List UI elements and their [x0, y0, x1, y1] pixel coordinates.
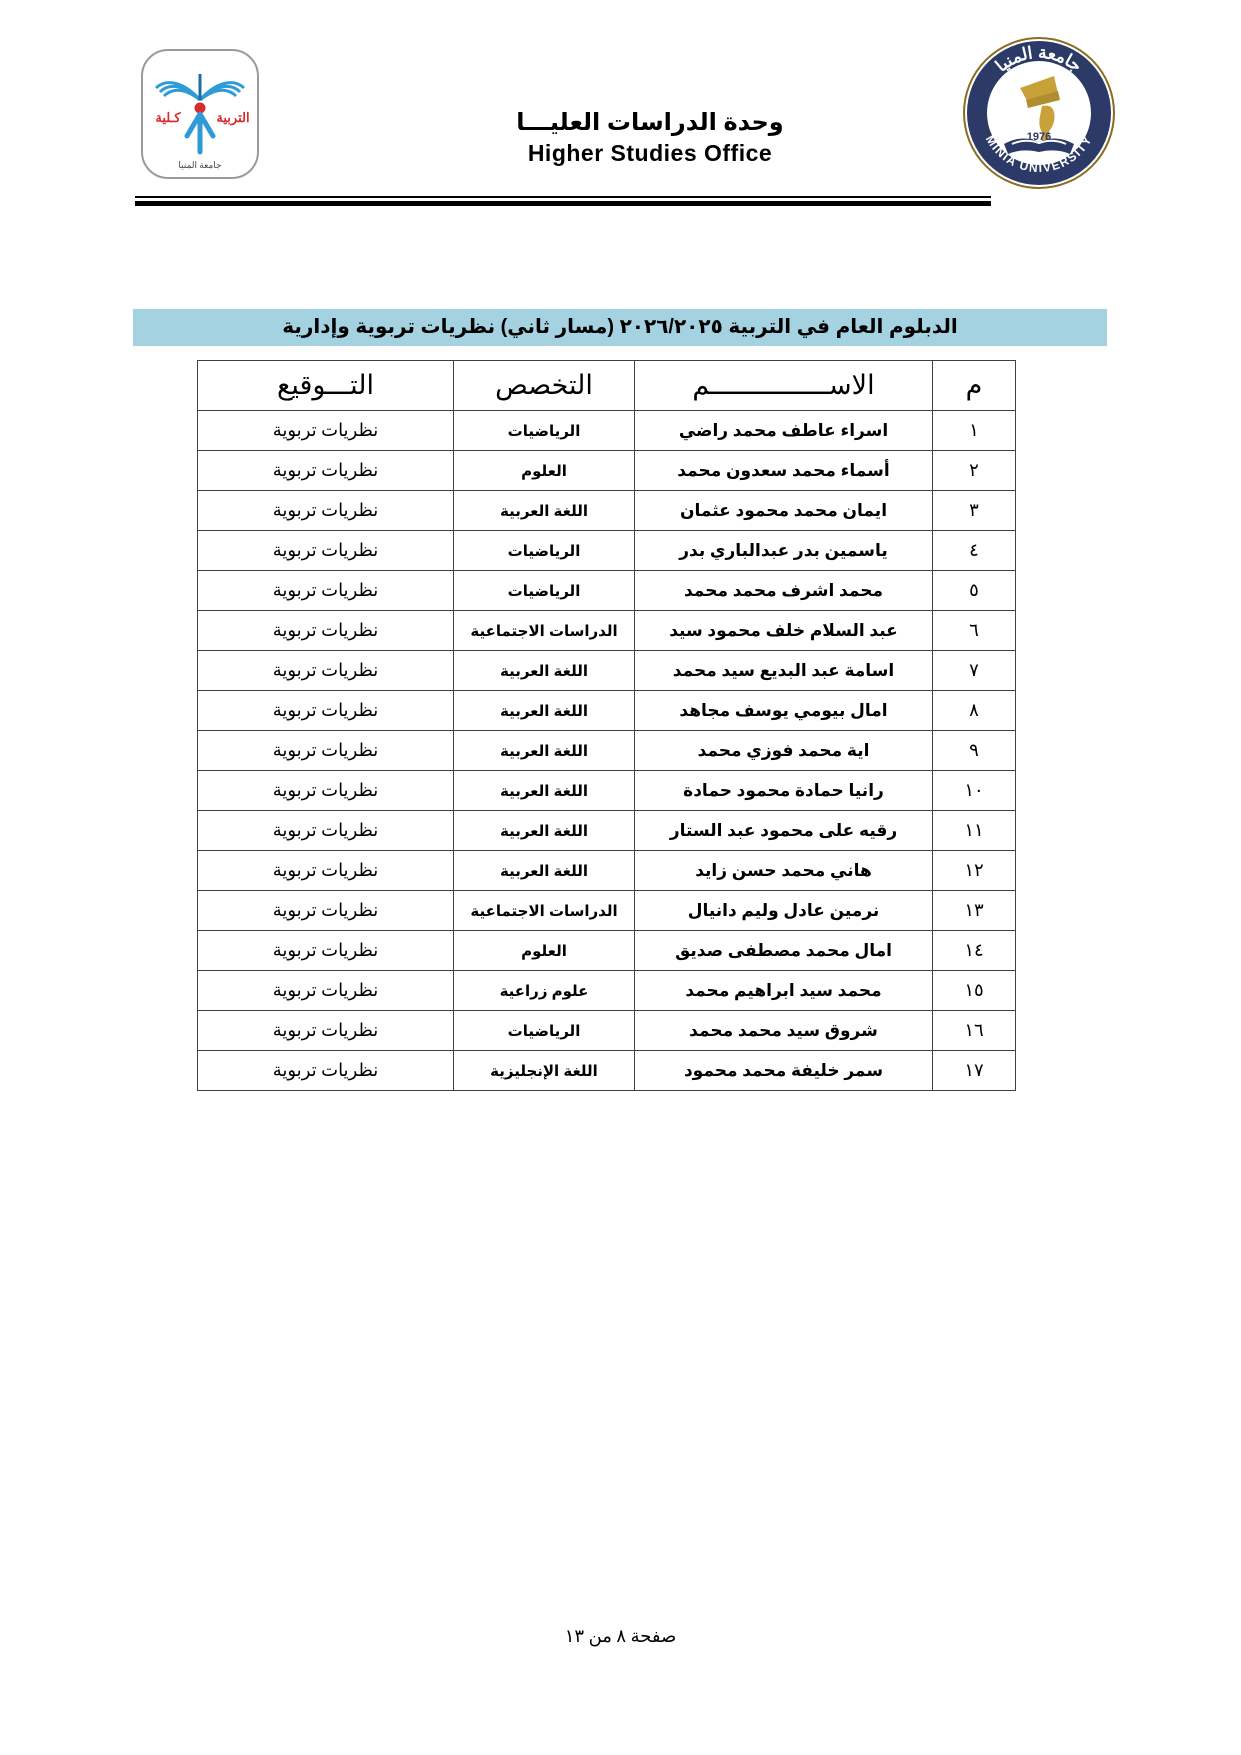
student-name-cell: محمد اشرف محمد محمد — [635, 571, 933, 611]
student-name-cell: محمد سيد ابراهيم محمد — [635, 971, 933, 1011]
row-number-cell: ٥ — [933, 571, 1016, 611]
specialization-cell: اللغة العربية — [454, 491, 635, 531]
table-row: ٨امال بيومي يوسف مجاهداللغة العربيةنظريا… — [198, 691, 1016, 731]
table-row: ١٧سمر خليفة محمد محموداللغة الإنجليزيةنظ… — [198, 1051, 1016, 1091]
row-number-cell: ٤ — [933, 531, 1016, 571]
table-row: ٩اية محمد فوزي محمداللغة العربيةنظريات ت… — [198, 731, 1016, 771]
student-name-cell: ياسمين بدر عبدالباري بدر — [635, 531, 933, 571]
faculty-word-right: التربية — [216, 110, 249, 126]
student-name-cell: أسماء محمد سعدون محمد — [635, 451, 933, 491]
student-name-cell: امال بيومي يوسف مجاهد — [635, 691, 933, 731]
faculty-logo-subtext: جامعة المنيا — [178, 160, 221, 170]
signature-cell: نظريات تربوية — [198, 411, 454, 451]
row-number-cell: ١٢ — [933, 851, 1016, 891]
table-row: ٤ياسمين بدر عبدالباري بدرالرياضياتنظريات… — [198, 531, 1016, 571]
row-number-cell: ٨ — [933, 691, 1016, 731]
signature-cell: نظريات تربوية — [198, 651, 454, 691]
signature-cell: نظريات تربوية — [198, 851, 454, 891]
row-number-cell: ٢ — [933, 451, 1016, 491]
specialization-cell: الرياضيات — [454, 1011, 635, 1051]
header-number: م — [933, 361, 1016, 411]
specialization-cell: اللغة العربية — [454, 691, 635, 731]
header-center: وحدة الدراسات العليـــا Higher Studies O… — [350, 108, 950, 168]
table-header-row: م الاســـــــــــــــم التخصص التـــوقيع — [198, 361, 1016, 411]
row-number-cell: ٣ — [933, 491, 1016, 531]
specialization-cell: اللغة العربية — [454, 771, 635, 811]
specialization-cell: علوم زراعية — [454, 971, 635, 1011]
row-number-cell: ٧ — [933, 651, 1016, 691]
student-name-cell: امال محمد مصطفى صديق — [635, 931, 933, 971]
student-name-cell: عبد السلام خلف محمود سيد — [635, 611, 933, 651]
table-row: ١٠رانيا حمادة محمود حمادةاللغة العربيةنظ… — [198, 771, 1016, 811]
row-number-cell: ١٦ — [933, 1011, 1016, 1051]
signature-cell: نظريات تربوية — [198, 891, 454, 931]
specialization-cell: العلوم — [454, 451, 635, 491]
signature-cell: نظريات تربوية — [198, 731, 454, 771]
student-name-cell: نرمين عادل وليم دانيال — [635, 891, 933, 931]
specialization-cell: اللغة العربية — [454, 811, 635, 851]
page-number-footer: صفحة ٨ من ١٣ — [0, 1626, 1241, 1647]
table-row: ١٤امال محمد مصطفى صديقالعلومنظريات تربوي… — [198, 931, 1016, 971]
specialization-cell: العلوم — [454, 931, 635, 971]
students-table-wrap: م الاســـــــــــــــم التخصص التـــوقيع… — [197, 360, 1003, 1091]
signature-cell: نظريات تربوية — [198, 1051, 454, 1091]
row-number-cell: ١٣ — [933, 891, 1016, 931]
row-number-cell: ١١ — [933, 811, 1016, 851]
header-signature: التـــوقيع — [198, 361, 454, 411]
specialization-cell: اللغة العربية — [454, 851, 635, 891]
signature-cell: نظريات تربوية — [198, 931, 454, 971]
table-row: ٢أسماء محمد سعدون محمدالعلومنظريات تربوي… — [198, 451, 1016, 491]
signature-cell: نظريات تربوية — [198, 531, 454, 571]
signature-cell: نظريات تربوية — [198, 571, 454, 611]
signature-cell: نظريات تربوية — [198, 451, 454, 491]
table-row: ٧اسامة عبد البديع سيد محمداللغة العربيةن… — [198, 651, 1016, 691]
student-name-cell: رقيه على محمود عبد الستار — [635, 811, 933, 851]
signature-cell: نظريات تربوية — [198, 491, 454, 531]
faculty-logo-icon: كـلية التربية جامعة المنيا — [140, 48, 260, 180]
row-number-cell: ١٠ — [933, 771, 1016, 811]
table-row: ١٢هاني محمد حسن زايداللغة العربيةنظريات … — [198, 851, 1016, 891]
specialization-cell: الرياضيات — [454, 531, 635, 571]
faculty-word-left: كـلية — [155, 110, 181, 125]
unit-title-english: Higher Studies Office — [350, 138, 950, 168]
table-row: ٦عبد السلام خلف محمود سيدالدراسات الاجتم… — [198, 611, 1016, 651]
signature-cell: نظريات تربوية — [198, 771, 454, 811]
header-specialization: التخصص — [454, 361, 635, 411]
specialization-cell: الدراسات الاجتماعية — [454, 611, 635, 651]
program-title-bar: الدبلوم العام في التربية ٢٠٢٦/٢٠٢٥ (مسار… — [133, 309, 1107, 346]
row-number-cell: ٩ — [933, 731, 1016, 771]
table-row: ٣ايمان محمد محمود عثماناللغة العربيةنظري… — [198, 491, 1016, 531]
specialization-cell: الرياضيات — [454, 571, 635, 611]
table-row: ٥محمد اشرف محمد محمدالرياضياتنظريات تربو… — [198, 571, 1016, 611]
row-number-cell: ١ — [933, 411, 1016, 451]
signature-cell: نظريات تربوية — [198, 611, 454, 651]
table-row: ١اسراء عاطف محمد راضيالرياضياتنظريات ترب… — [198, 411, 1016, 451]
row-number-cell: ٦ — [933, 611, 1016, 651]
minia-university-logo: جامعة المنيا MINIA UNIVERSITY 1976 — [962, 36, 1116, 190]
student-name-cell: هاني محمد حسن زايد — [635, 851, 933, 891]
student-table-body: ١اسراء عاطف محمد راضيالرياضياتنظريات ترب… — [198, 411, 1016, 1091]
specialization-cell: الدراسات الاجتماعية — [454, 891, 635, 931]
students-table: م الاســـــــــــــــم التخصص التـــوقيع… — [197, 360, 1016, 1091]
student-name-cell: شروق سيد محمد محمد — [635, 1011, 933, 1051]
signature-cell: نظريات تربوية — [198, 811, 454, 851]
row-number-cell: ١٧ — [933, 1051, 1016, 1091]
table-row: ١٦شروق سيد محمد محمدالرياضياتنظريات تربو… — [198, 1011, 1016, 1051]
student-name-cell: اية محمد فوزي محمد — [635, 731, 933, 771]
student-name-cell: اسامة عبد البديع سيد محمد — [635, 651, 933, 691]
row-number-cell: ١٥ — [933, 971, 1016, 1011]
minia-university-seal-icon: جامعة المنيا MINIA UNIVERSITY 1976 — [962, 36, 1116, 190]
table-row: ١١رقيه على محمود عبد الستاراللغة العربية… — [198, 811, 1016, 851]
specialization-cell: اللغة الإنجليزية — [454, 1051, 635, 1091]
specialization-cell: اللغة العربية — [454, 651, 635, 691]
signature-cell: نظريات تربوية — [198, 1011, 454, 1051]
row-number-cell: ١٤ — [933, 931, 1016, 971]
student-name-cell: ايمان محمد محمود عثمان — [635, 491, 933, 531]
specialization-cell: اللغة العربية — [454, 731, 635, 771]
student-name-cell: رانيا حمادة محمود حمادة — [635, 771, 933, 811]
header-name: الاســـــــــــــــم — [635, 361, 933, 411]
student-name-cell: اسراء عاطف محمد راضي — [635, 411, 933, 451]
table-row: ١٣نرمين عادل وليم دانيالالدراسات الاجتما… — [198, 891, 1016, 931]
signature-cell: نظريات تربوية — [198, 971, 454, 1011]
unit-title-arabic: وحدة الدراسات العليـــا — [350, 108, 950, 138]
seal-year: 1976 — [1027, 131, 1051, 143]
specialization-cell: الرياضيات — [454, 411, 635, 451]
signature-cell: نظريات تربوية — [198, 691, 454, 731]
document-page: كـلية التربية جامعة المنيا وحدة الدراسات… — [0, 0, 1241, 1755]
header-divider-rule — [135, 196, 991, 206]
faculty-of-education-logo: كـلية التربية جامعة المنيا — [140, 48, 260, 180]
student-name-cell: سمر خليفة محمد محمود — [635, 1051, 933, 1091]
table-row: ١٥محمد سيد ابراهيم محمدعلوم زراعيةنظريات… — [198, 971, 1016, 1011]
